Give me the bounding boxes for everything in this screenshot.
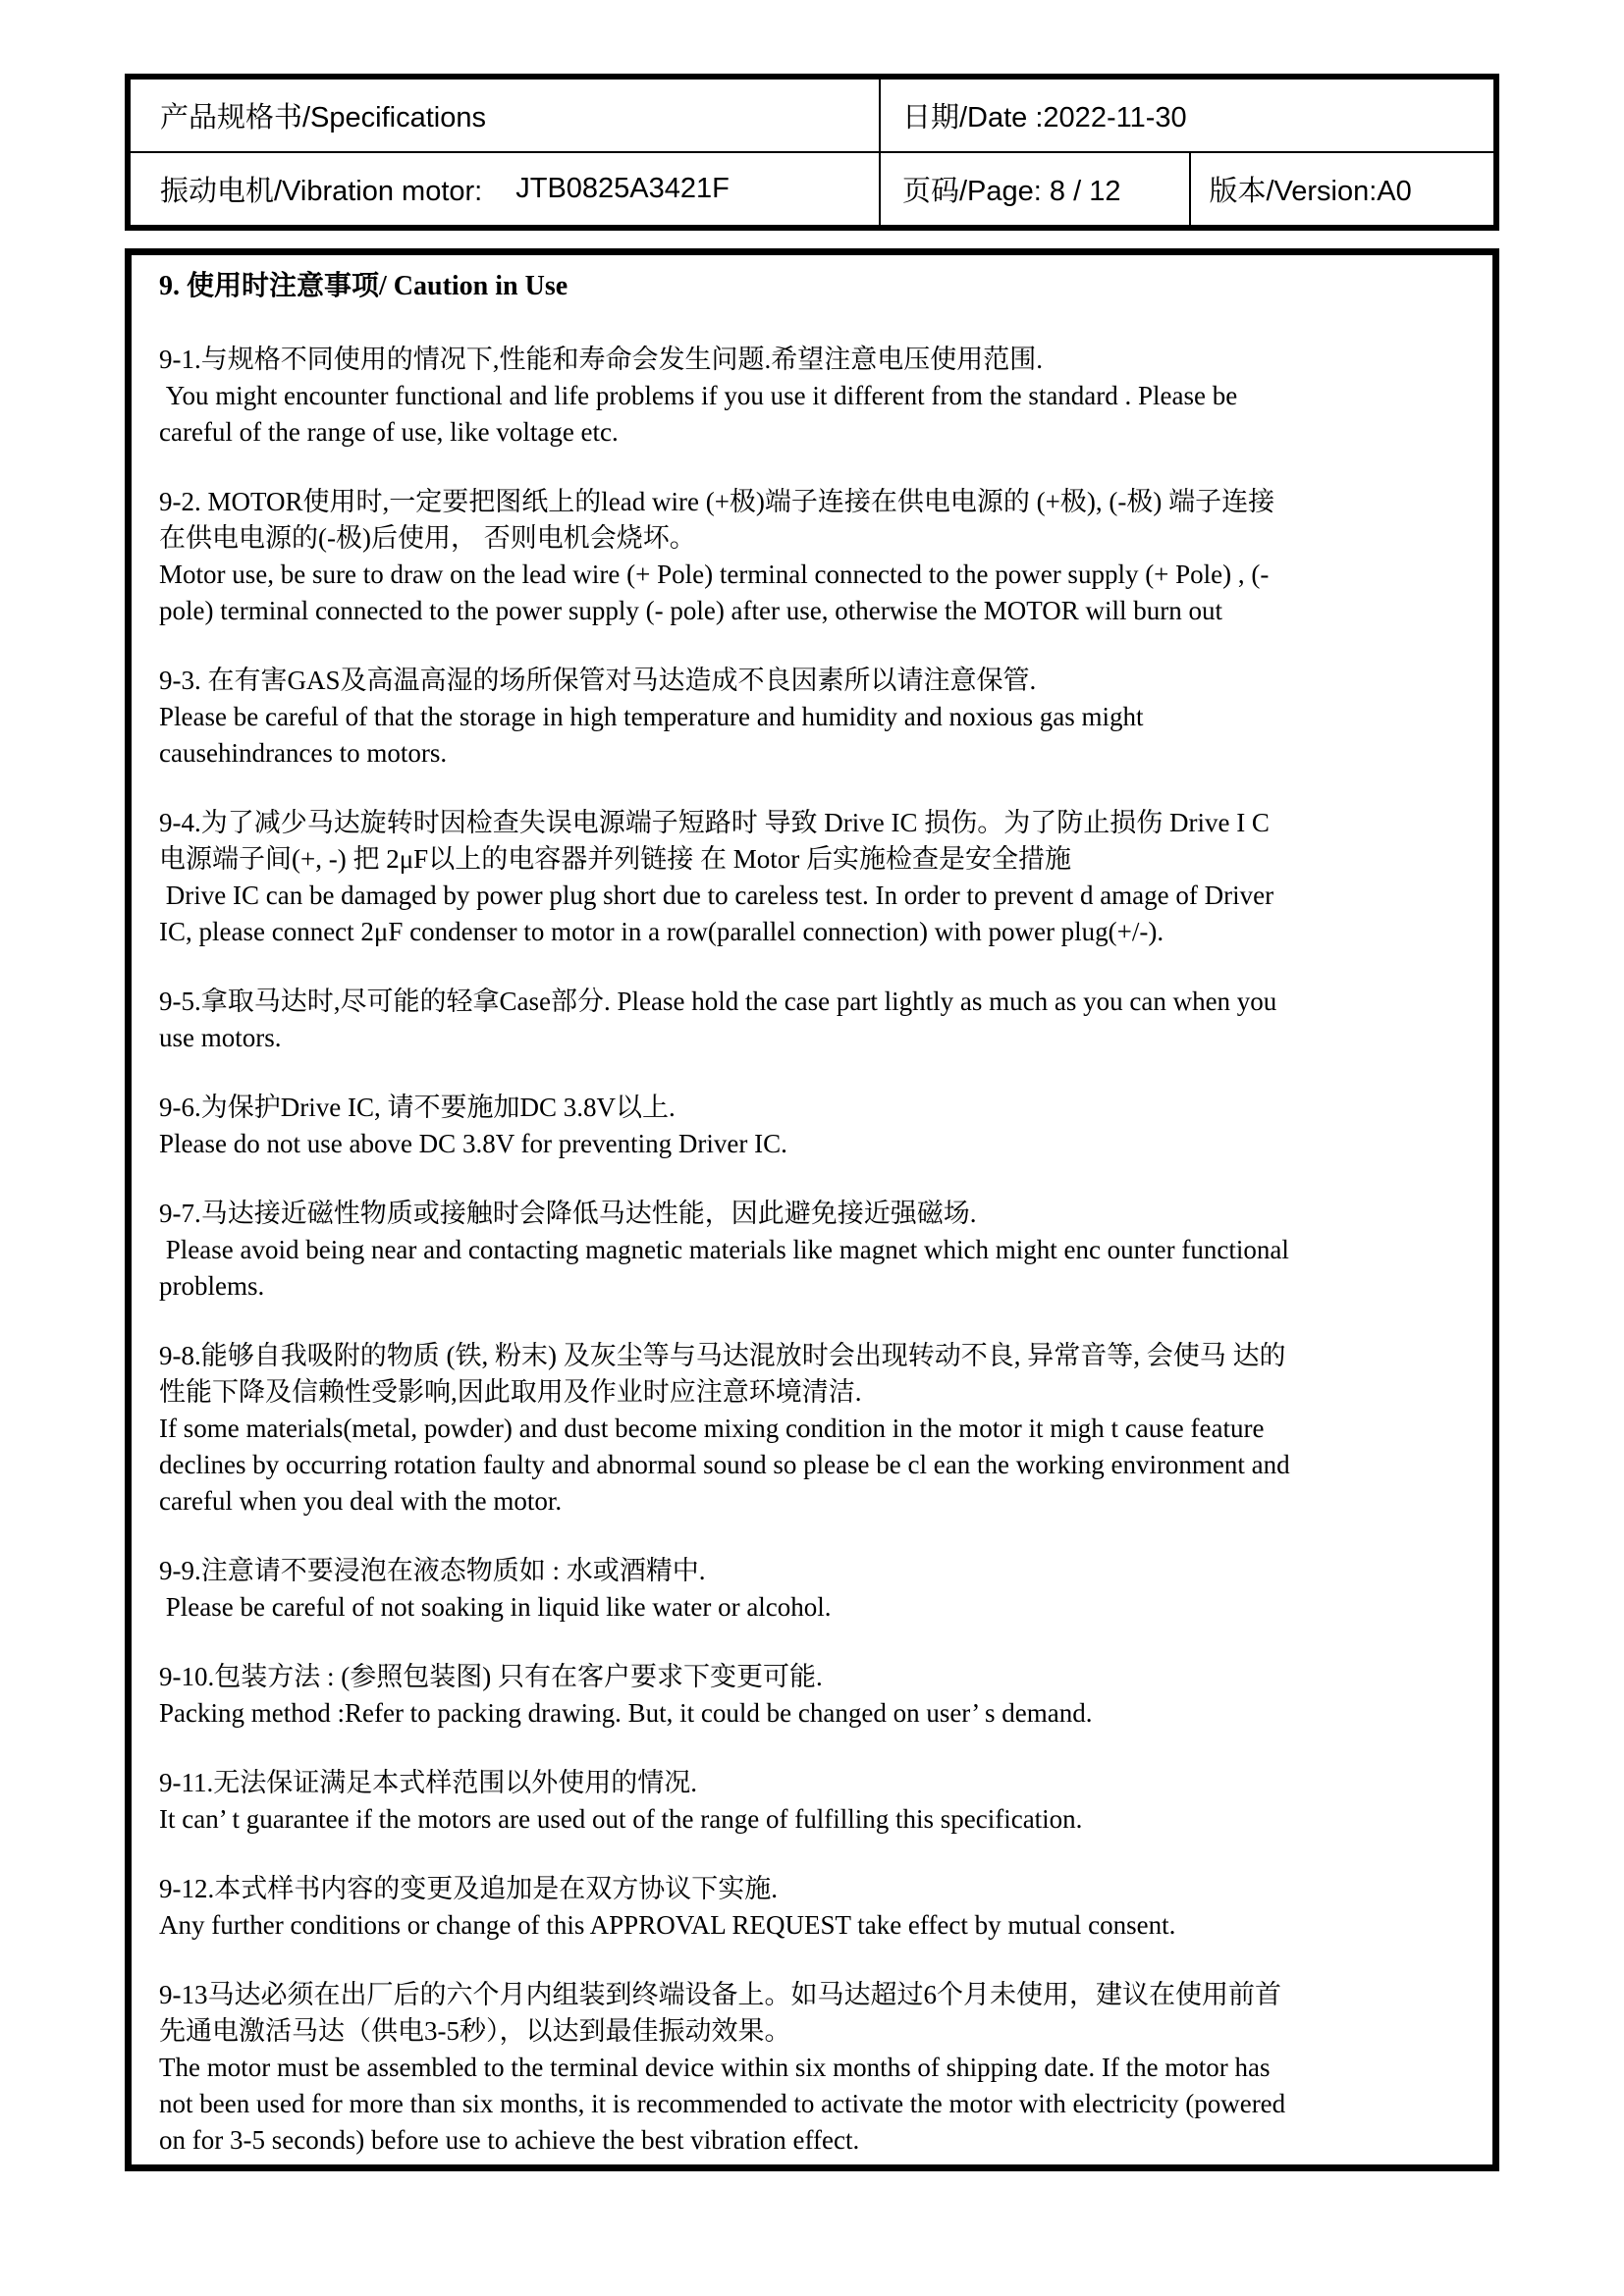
- caution-item-9-12: 9-12.本式样书内容的变更及追加是在双方协议下实施. Any further …: [159, 1871, 1471, 1944]
- caution-item-9-2: 9-2. MOTOR使用时,一定要把图纸上的lead wire (+极)端子连接…: [159, 484, 1471, 629]
- product-title-label: 产品规格书/Specifications: [160, 95, 486, 135]
- caution-item-9-6: 9-6.为保护Drive IC, 请不要施加DC 3.8V以上. Please …: [159, 1090, 1471, 1162]
- caution-item-9-10: 9-10.包装方法 : (参照包装图) 只有在客户要求下变更可能. Packin…: [159, 1659, 1471, 1732]
- spec-document-page: 产品规格书/Specifications 日期/Date :2022-11-30…: [0, 0, 1624, 2296]
- date-cell: 日期/Date :2022-11-30: [879, 80, 1493, 151]
- header-row-2: 振动电机/Vibration motor: JTB0825A3421F 页码/P…: [131, 153, 1493, 225]
- caution-item-9-5: 9-5.拿取马达时,尽可能的轻拿Case部分. Please hold the …: [159, 984, 1471, 1056]
- product-title-cell: 产品规格书/Specifications: [131, 80, 879, 151]
- caution-item-9-13: 9-13马达必须在出厂后的六个月内组装到终端设备上。如马达超过6个月未使用，建议…: [159, 1977, 1471, 2159]
- page-cell: 页码/Page: 8 / 12: [879, 153, 1189, 225]
- caution-item-9-7: 9-7.马达接近磁性物质或接触时会降低马达性能，因此避免接近强磁场. Pleas…: [159, 1196, 1471, 1305]
- motor-model: JTB0825A3421F: [515, 173, 730, 205]
- caution-item-9-1: 9-1.与规格不同使用的情况下,性能和寿命会发生问题.希望注意电压使用范围. Y…: [159, 342, 1471, 451]
- motor-cell: 振动电机/Vibration motor: JTB0825A3421F: [131, 153, 879, 225]
- date-label: 日期/Date :2022-11-30: [902, 95, 1187, 135]
- caution-item-9-11: 9-11.无法保证满足本式样范围以外使用的情况. It can’ t guara…: [159, 1765, 1471, 1838]
- page-label: 页码/Page: 8 / 12: [902, 169, 1120, 209]
- caution-item-9-9: 9-9.注意请不要浸泡在液态物质如 : 水或酒精中. Please be car…: [159, 1553, 1471, 1626]
- motor-label: 振动电机/Vibration motor:: [160, 169, 482, 209]
- caution-item-9-4: 9-4.为了减少马达旋转时因检查失误电源端子短路时 导致 Drive IC 损伤…: [159, 805, 1471, 950]
- version-label: 版本/Version:A0: [1209, 169, 1411, 209]
- caution-section-box: 9. 使用时注意事项/ Caution in Use 9-1.与规格不同使用的情…: [125, 248, 1499, 2171]
- section-title: 9. 使用时注意事项/ Caution in Use: [159, 267, 1471, 306]
- version-cell: 版本/Version:A0: [1189, 153, 1493, 225]
- caution-item-9-8: 9-8.能够自我吸附的物质 (铁, 粉末) 及灰尘等与马达混放时会出现转动不良,…: [159, 1338, 1471, 1520]
- header-row-1: 产品规格书/Specifications 日期/Date :2022-11-30: [131, 80, 1493, 153]
- header-table: 产品规格书/Specifications 日期/Date :2022-11-30…: [125, 74, 1499, 231]
- caution-item-9-3: 9-3. 在有害GAS及高温高湿的场所保管对马达造成不良因素所以请注意保管. P…: [159, 663, 1471, 772]
